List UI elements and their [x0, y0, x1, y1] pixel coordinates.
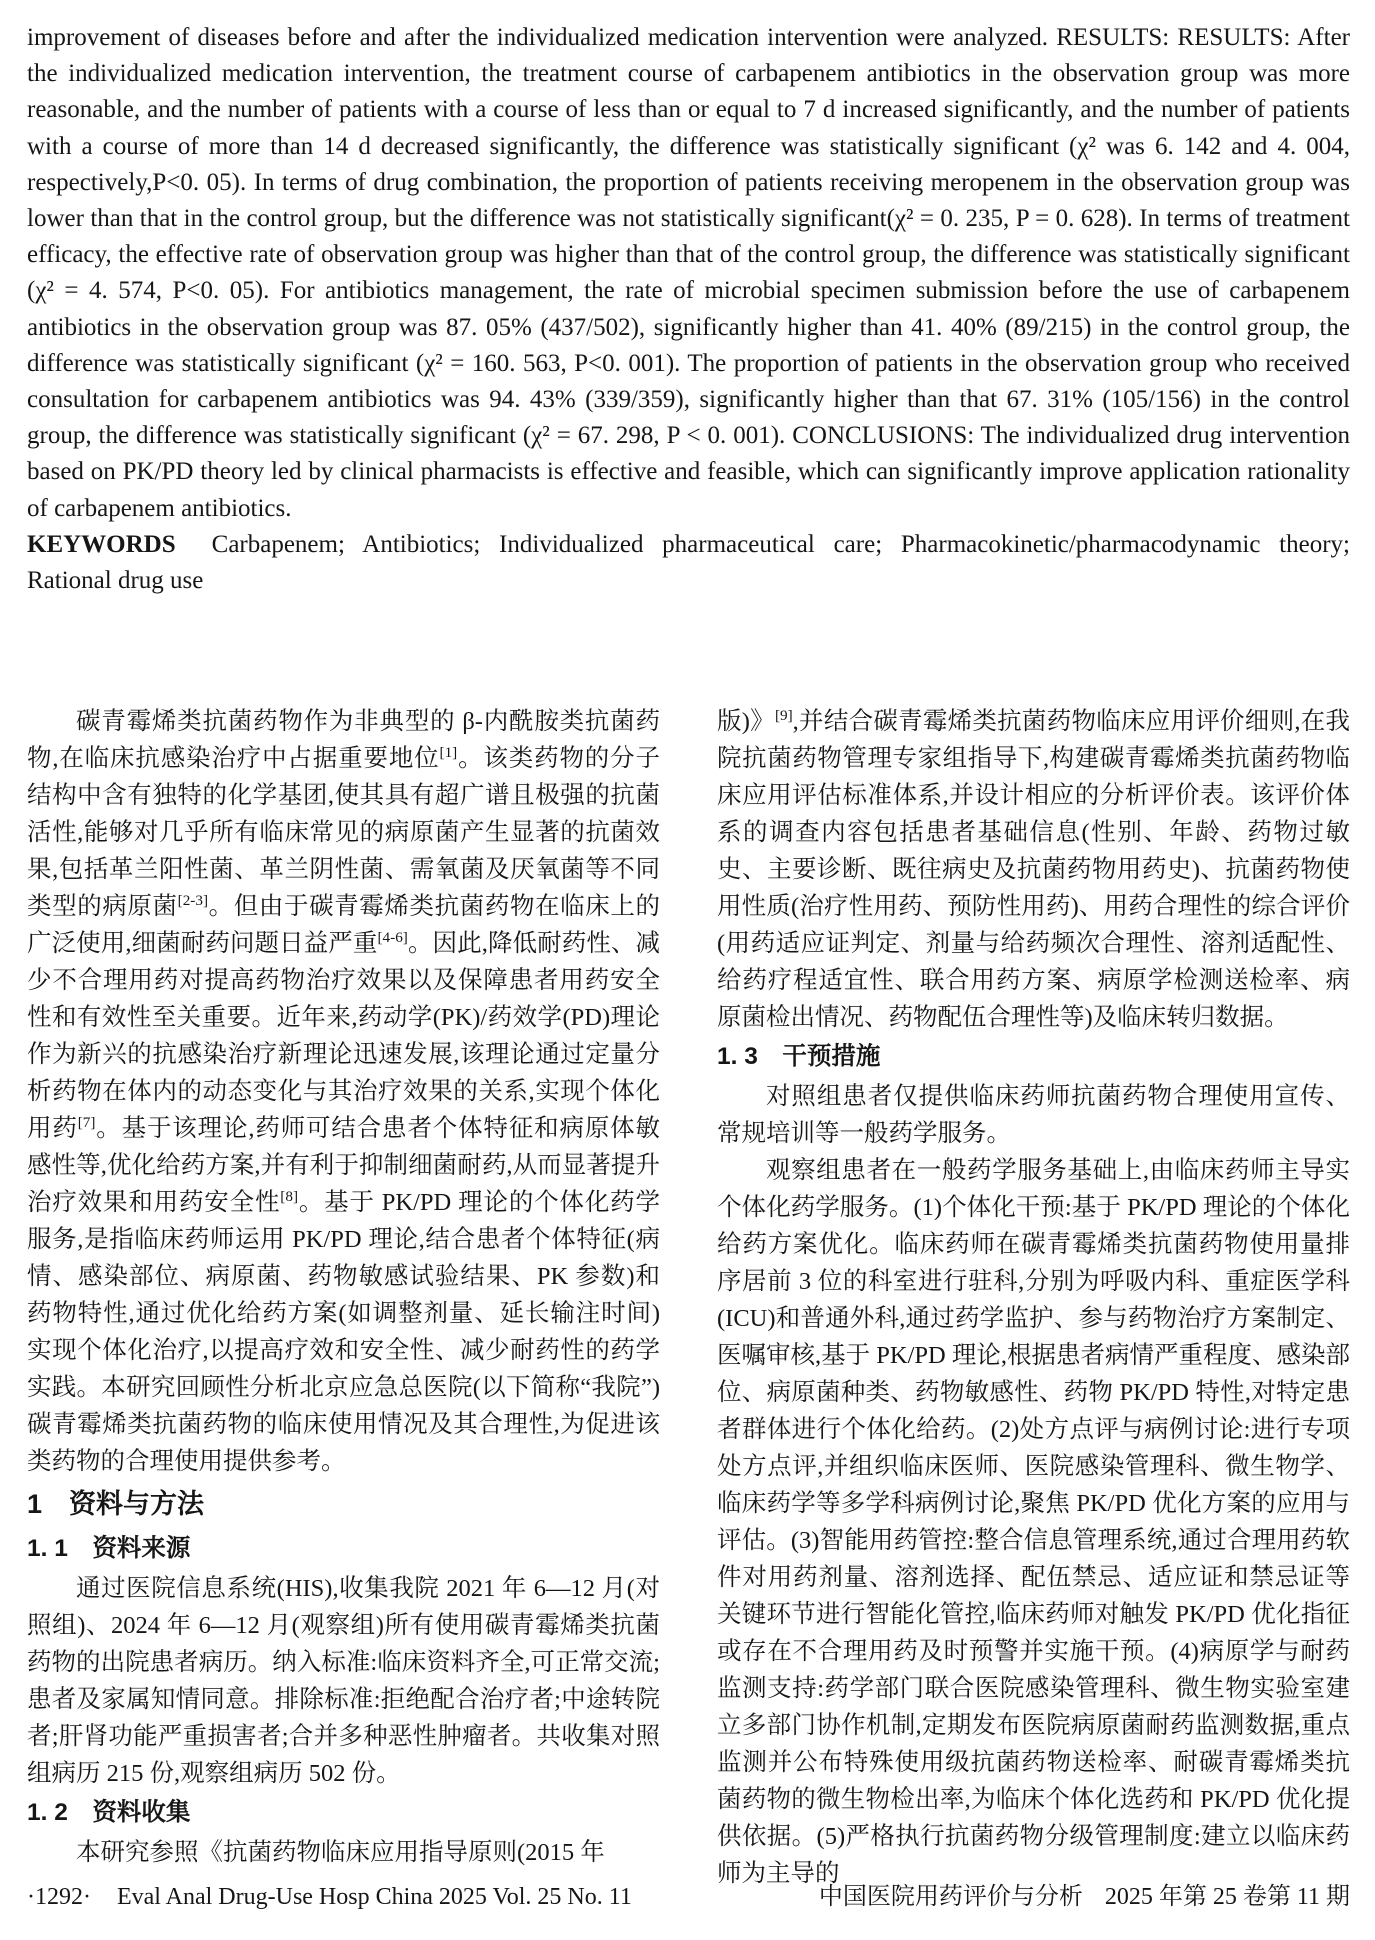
footer-right: 中国医院用药评价与分析2025 年第 25 卷第 11 期	[819, 1882, 1350, 1912]
subsection-heading: 1. 1 资料来源	[27, 1528, 660, 1570]
journal-page: improvement of diseases before and after…	[0, 0, 1375, 1940]
page-footer: ·1292·Eval Anal Drug-Use Hosp China 2025…	[27, 1882, 1350, 1912]
right-column: 版)》[9],并结合碳青霉烯类抗菌药物临床应用评价细则,在我院抗菌药物管理专家组…	[717, 703, 1350, 1892]
abstract-text: improvement of diseases before and after…	[27, 20, 1350, 527]
body-paragraph: 通过医院信息系统(HIS),收集我院 2021 年 6—12 月(对照组)、20…	[27, 1570, 660, 1792]
reference-marker: [8]	[280, 1188, 298, 1205]
keywords-text: Carbapenem; Antibiotics; Individualized …	[27, 531, 1350, 594]
section-heading: 1 资料与方法	[27, 1480, 660, 1528]
body-paragraph: 观察组患者在一般药学服务基础上,由临床药师主导实个体化药学服务。(1)个体化干预…	[717, 1152, 1350, 1892]
journal-issue-cn: 2025 年第 25 卷第 11 期	[1105, 1884, 1350, 1910]
body-paragraph: 对照组患者仅提供临床药师抗菌药物合理使用宣传、常规培训等一般药学服务。	[717, 1078, 1350, 1152]
keywords-label: KEYWORDS	[27, 531, 212, 558]
reference-marker: [4-6]	[378, 929, 408, 946]
subsection-heading: 1. 2 资料收集	[27, 1792, 660, 1834]
journal-name-cn: 中国医院用药评价与分析	[819, 1884, 1105, 1910]
journal-name-en: Eval Anal Drug-Use Hosp China 2025 Vol. …	[117, 1884, 632, 1910]
reference-marker: [2-3]	[178, 892, 208, 909]
body-paragraph: 碳青霉烯类抗菌药物作为非典型的 β-内酰胺类抗菌药物,在临床抗感染治疗中占据重要…	[27, 703, 660, 1480]
footer-left: ·1292·Eval Anal Drug-Use Hosp China 2025…	[27, 1882, 632, 1912]
keywords-line: KEYWORDSCarbapenem; Antibiotics; Individ…	[27, 527, 1350, 599]
reference-marker: [1]	[440, 744, 458, 761]
body-paragraph: 版)》[9],并结合碳青霉烯类抗菌药物临床应用评价细则,在我院抗菌药物管理专家组…	[717, 703, 1350, 1036]
reference-marker: [9]	[775, 707, 793, 724]
left-column: 碳青霉烯类抗菌药物作为非典型的 β-内酰胺类抗菌药物,在临床抗感染治疗中占据重要…	[27, 703, 660, 1892]
subsection-heading: 1. 3 干预措施	[717, 1036, 1350, 1078]
body-paragraph: 本研究参照《抗菌药物临床应用指导原则(2015 年	[27, 1834, 660, 1871]
body-columns: 碳青霉烯类抗菌药物作为非典型的 β-内酰胺类抗菌药物,在临床抗感染治疗中占据重要…	[27, 703, 1350, 1892]
abstract-section: improvement of diseases before and after…	[27, 20, 1350, 599]
page-number: ·1292·	[27, 1884, 117, 1910]
reference-marker: [7]	[78, 1114, 96, 1131]
